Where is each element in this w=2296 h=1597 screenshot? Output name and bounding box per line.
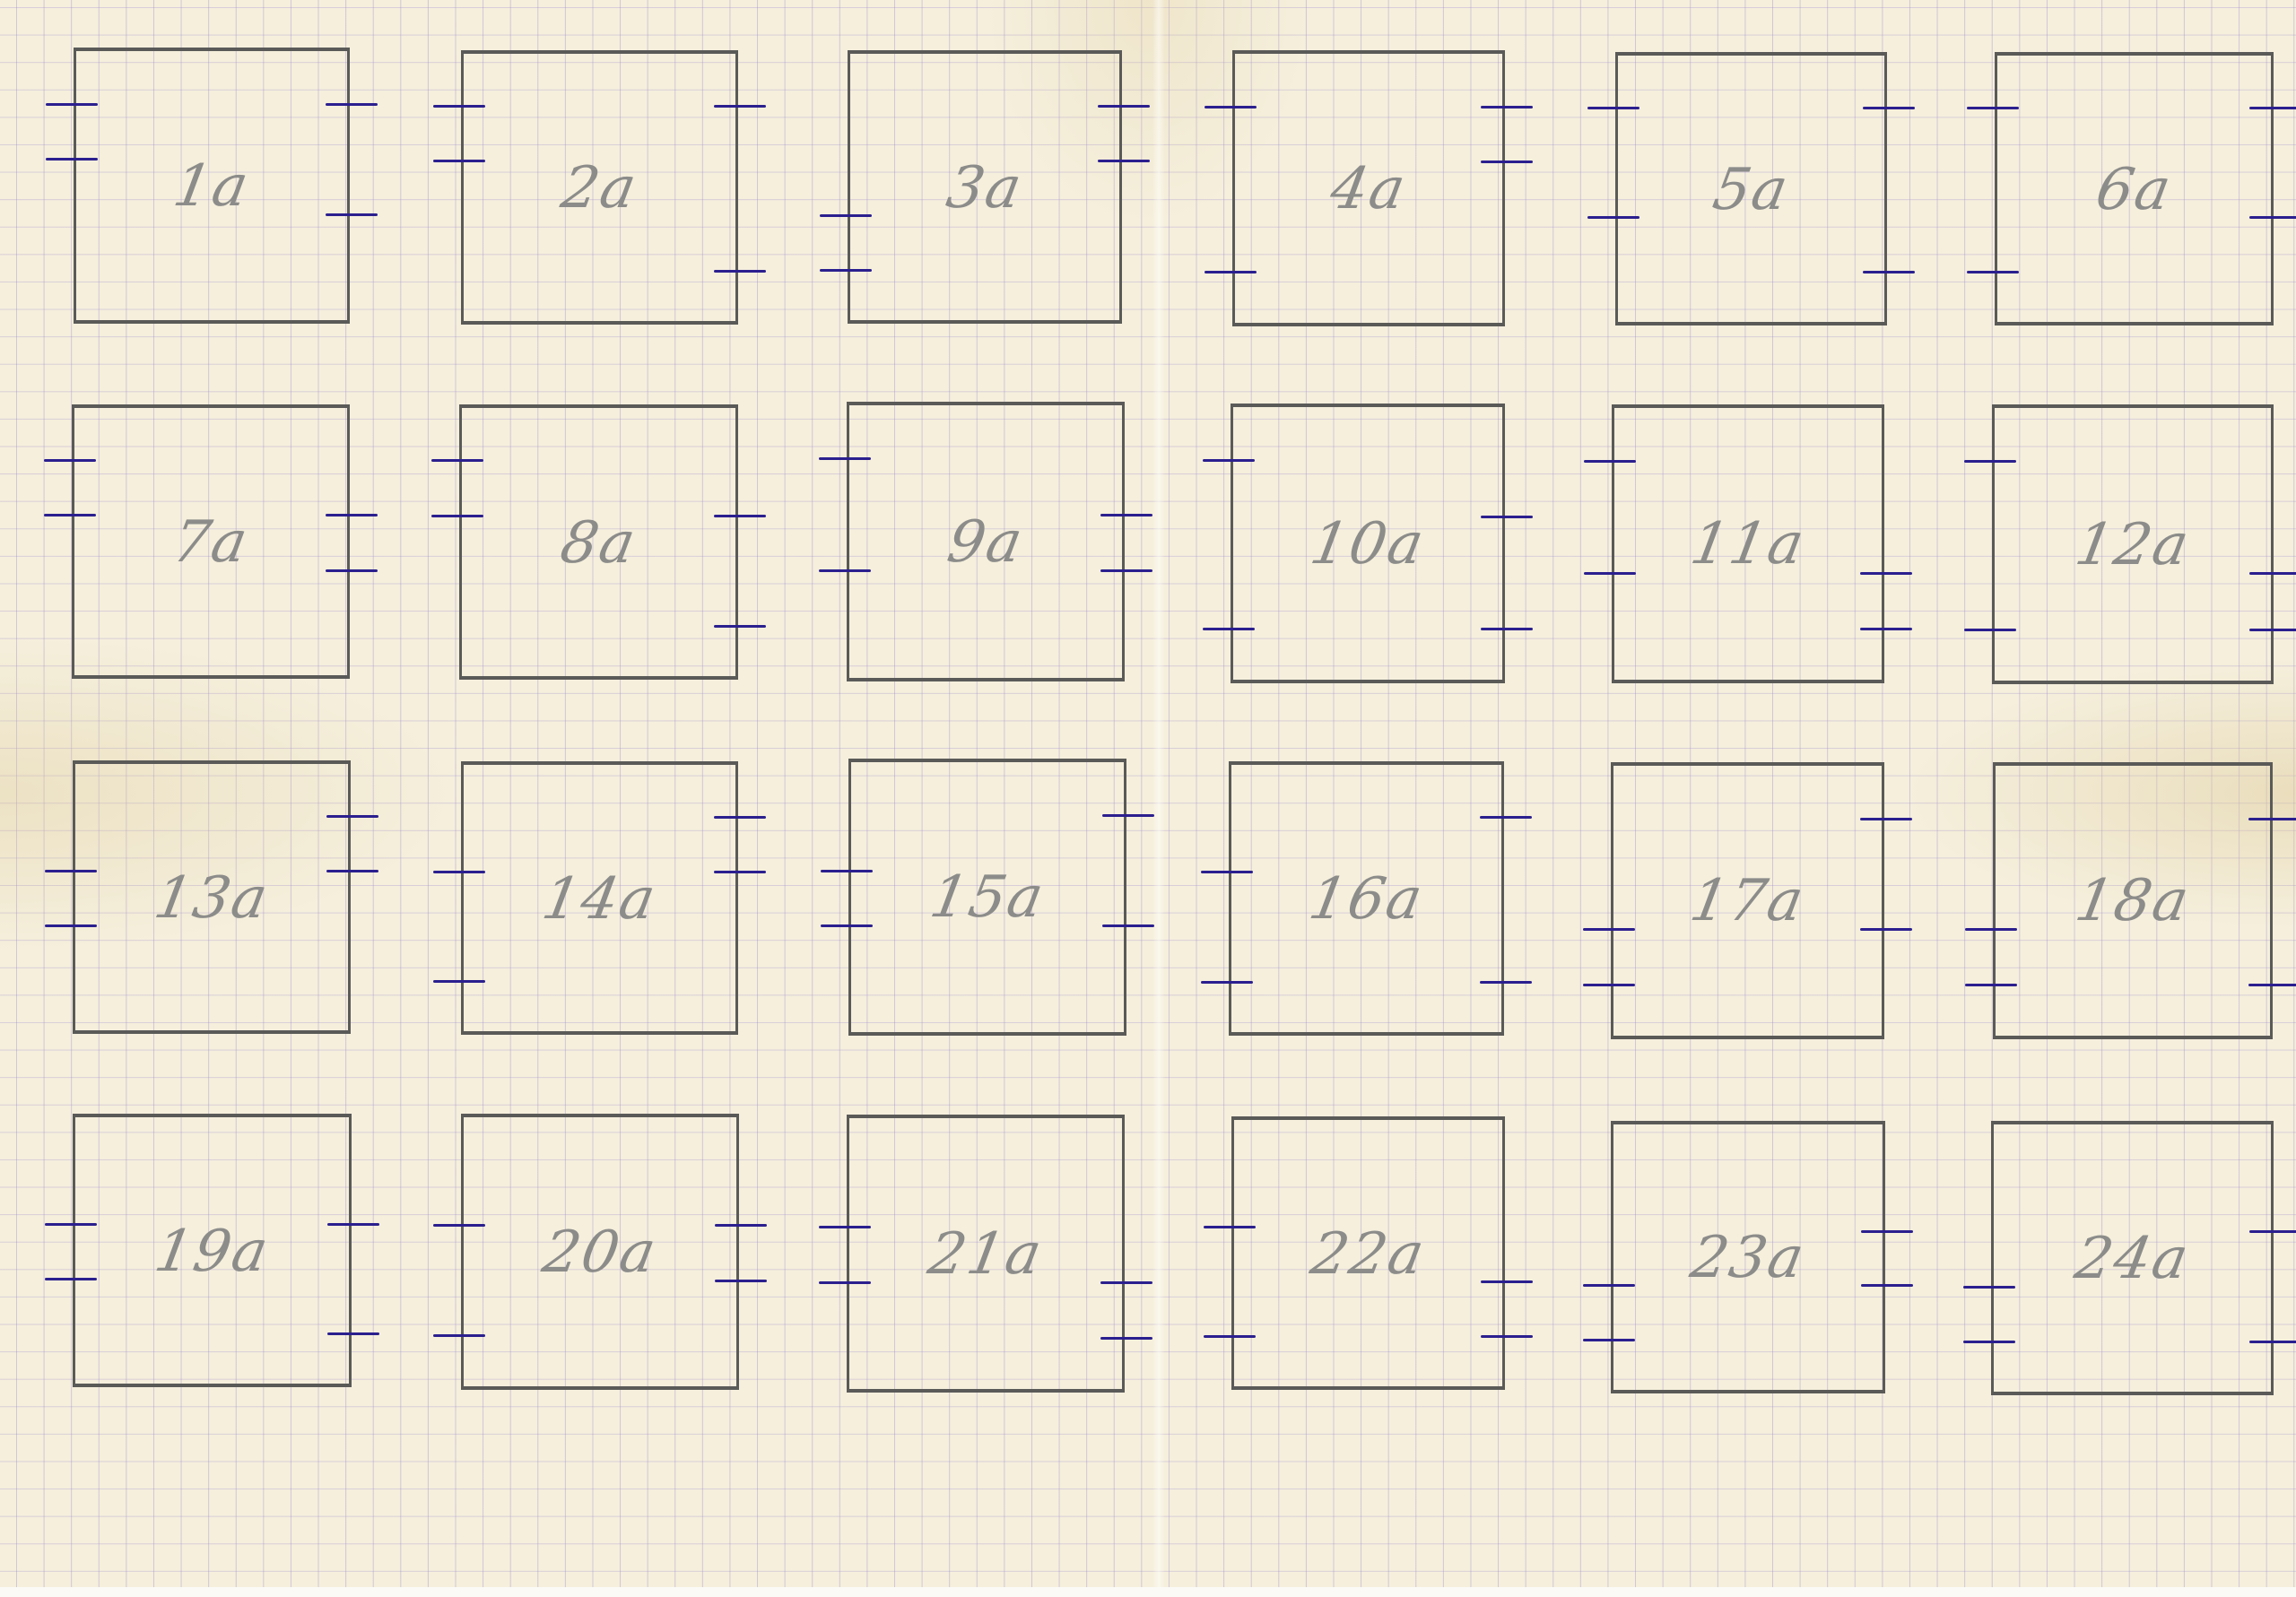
right-tick-mark	[1102, 814, 1154, 817]
right-tick-mark	[714, 105, 766, 108]
right-tick-mark	[714, 625, 766, 628]
left-tick-mark	[46, 103, 98, 106]
right-tick-mark	[1863, 271, 1915, 273]
right-tick-mark	[1860, 628, 1912, 630]
left-tick-mark	[44, 459, 96, 462]
left-tick-mark	[1583, 928, 1635, 931]
left-tick-mark	[1203, 628, 1255, 630]
cell-label: 9a	[843, 509, 1127, 576]
cell-box: 7a	[72, 404, 350, 679]
cell-box: 20a	[461, 1114, 739, 1390]
left-tick-mark	[1204, 1335, 1256, 1338]
right-tick-mark	[326, 514, 378, 516]
center-fold-crease	[1152, 0, 1165, 1587]
right-tick-mark	[1480, 981, 1532, 984]
cell-label: 19a	[69, 1219, 354, 1285]
cell-box: 6a	[1995, 52, 2274, 325]
cell-box: 19a	[73, 1114, 352, 1387]
cell-box: 9a	[847, 402, 1125, 681]
cell-box: 10a	[1231, 404, 1505, 683]
left-tick-mark	[1965, 928, 2017, 931]
right-tick-mark	[1860, 572, 1912, 575]
cell-box: 24a	[1991, 1121, 2274, 1395]
right-tick-mark	[1481, 1280, 1533, 1283]
cell-box: 16a	[1229, 761, 1504, 1036]
left-tick-mark	[433, 980, 485, 983]
right-tick-mark	[327, 1223, 379, 1226]
left-tick-mark	[819, 457, 871, 460]
cell-label: 18a	[1989, 868, 2275, 934]
right-tick-mark	[1861, 1284, 1913, 1287]
right-tick-mark	[1102, 924, 1154, 927]
right-tick-mark	[1100, 1281, 1152, 1284]
left-tick-mark	[1584, 572, 1636, 575]
left-tick-mark	[1205, 106, 1257, 108]
right-tick-mark	[2249, 1341, 2296, 1343]
left-tick-mark	[1587, 216, 1639, 219]
right-tick-mark	[326, 870, 378, 872]
right-tick-mark	[1100, 569, 1152, 572]
right-tick-mark	[715, 1280, 767, 1282]
left-tick-mark	[1967, 107, 2019, 109]
left-tick-mark	[1583, 1339, 1635, 1341]
cell-label: 20a	[457, 1219, 742, 1286]
right-tick-mark	[326, 569, 378, 572]
scan-margin	[0, 1587, 2296, 1597]
left-tick-mark	[433, 160, 485, 162]
right-tick-mark	[1860, 818, 1912, 820]
cell-label: 11a	[1608, 511, 1887, 577]
right-tick-mark	[326, 815, 378, 818]
left-tick-mark	[431, 515, 483, 517]
left-tick-mark	[46, 158, 98, 161]
cell-label: 4a	[1229, 156, 1508, 222]
left-tick-mark	[821, 924, 873, 927]
cell-label: 2a	[457, 155, 741, 221]
right-tick-mark	[1861, 1230, 1913, 1233]
right-tick-mark	[715, 1224, 767, 1227]
cell-label: 3a	[844, 155, 1125, 221]
right-tick-mark	[1100, 514, 1152, 516]
left-tick-mark	[433, 1334, 485, 1337]
right-tick-mark	[714, 270, 766, 273]
right-tick-mark	[1481, 628, 1533, 630]
right-tick-mark	[1481, 1335, 1533, 1338]
right-tick-mark	[2249, 572, 2296, 575]
right-tick-mark	[326, 103, 378, 106]
left-tick-mark	[820, 214, 872, 217]
cell-box: 13a	[73, 760, 351, 1034]
cell-label: 24a	[1987, 1226, 2276, 1292]
left-tick-mark	[819, 1226, 871, 1228]
left-tick-mark	[433, 871, 485, 873]
cell-box: 4a	[1232, 50, 1505, 326]
left-tick-mark	[819, 1281, 871, 1284]
left-tick-mark	[431, 459, 483, 462]
left-tick-mark	[821, 870, 873, 872]
right-tick-mark	[327, 1332, 379, 1335]
right-tick-mark	[1481, 161, 1533, 163]
cell-box: 14a	[461, 761, 738, 1035]
left-tick-mark	[820, 269, 872, 272]
cell-label: 6a	[1991, 157, 2276, 223]
right-tick-mark	[1098, 105, 1150, 108]
cell-box: 5a	[1615, 52, 1887, 325]
right-tick-mark	[2249, 629, 2296, 631]
left-tick-mark	[819, 569, 871, 572]
cell-label: 17a	[1607, 868, 1887, 934]
cell-box: 8a	[459, 404, 738, 680]
right-tick-mark	[714, 816, 766, 819]
right-tick-mark	[2249, 216, 2296, 219]
cell-label: 15a	[845, 864, 1129, 931]
cell-label: 8a	[456, 510, 741, 577]
left-tick-mark	[1204, 1226, 1256, 1228]
left-tick-mark	[1201, 871, 1253, 873]
left-tick-mark	[1965, 984, 2017, 986]
cell-box: 11a	[1612, 404, 1884, 683]
left-tick-mark	[433, 105, 485, 108]
right-tick-mark	[1480, 816, 1532, 819]
left-tick-mark	[1963, 1341, 2015, 1343]
left-tick-mark	[45, 1278, 97, 1280]
cell-box: 15a	[848, 759, 1126, 1036]
right-tick-mark	[2249, 107, 2296, 109]
right-tick-mark	[1481, 516, 1533, 518]
cell-box: 3a	[848, 50, 1122, 324]
left-tick-mark	[1583, 984, 1635, 986]
cell-label: 10a	[1227, 511, 1508, 577]
cell-box: 21a	[847, 1115, 1125, 1393]
cell-box: 18a	[1993, 762, 2273, 1039]
cell-label: 14a	[457, 866, 741, 933]
left-tick-mark	[1963, 1286, 2015, 1289]
cell-box: 17a	[1611, 762, 1884, 1039]
cell-box: 23a	[1611, 1121, 1885, 1393]
cell-label: 5a	[1612, 157, 1890, 223]
right-tick-mark	[2249, 1230, 2296, 1233]
cell-label: 7a	[68, 509, 352, 576]
cell-box: 2a	[461, 50, 738, 325]
cell-label: 22a	[1228, 1221, 1508, 1288]
right-tick-mark	[1481, 106, 1533, 108]
left-tick-mark	[1967, 271, 2019, 273]
cell-label: 23a	[1607, 1225, 1888, 1291]
cell-label: 13a	[69, 865, 353, 932]
left-tick-mark	[44, 514, 96, 516]
cell-box: 22a	[1231, 1116, 1505, 1390]
left-tick-mark	[1964, 460, 2016, 463]
left-tick-mark	[45, 1223, 97, 1226]
left-tick-mark	[1583, 1284, 1635, 1287]
right-tick-mark	[2248, 984, 2296, 986]
left-tick-mark	[1205, 271, 1257, 273]
left-tick-mark	[45, 870, 97, 872]
right-tick-mark	[326, 213, 378, 216]
cell-label: 1a	[70, 153, 352, 220]
right-tick-mark	[714, 871, 766, 873]
cell-label: 12a	[1988, 512, 2276, 578]
right-tick-mark	[2248, 818, 2296, 820]
right-tick-mark	[1863, 107, 1915, 109]
left-tick-mark	[1964, 629, 2016, 631]
left-tick-mark	[45, 924, 97, 927]
right-tick-mark	[714, 515, 766, 517]
right-tick-mark	[1100, 1337, 1152, 1340]
left-tick-mark	[1584, 460, 1636, 463]
left-tick-mark	[1201, 981, 1253, 984]
cell-label: 16a	[1225, 866, 1507, 933]
cell-box: 1a	[74, 48, 350, 324]
left-tick-mark	[1203, 459, 1255, 462]
left-tick-mark	[1587, 107, 1639, 109]
cell-box: 12a	[1992, 404, 2274, 684]
right-tick-mark	[1860, 928, 1912, 931]
right-tick-mark	[1098, 160, 1150, 162]
left-tick-mark	[433, 1224, 485, 1227]
cell-label: 21a	[843, 1221, 1127, 1288]
